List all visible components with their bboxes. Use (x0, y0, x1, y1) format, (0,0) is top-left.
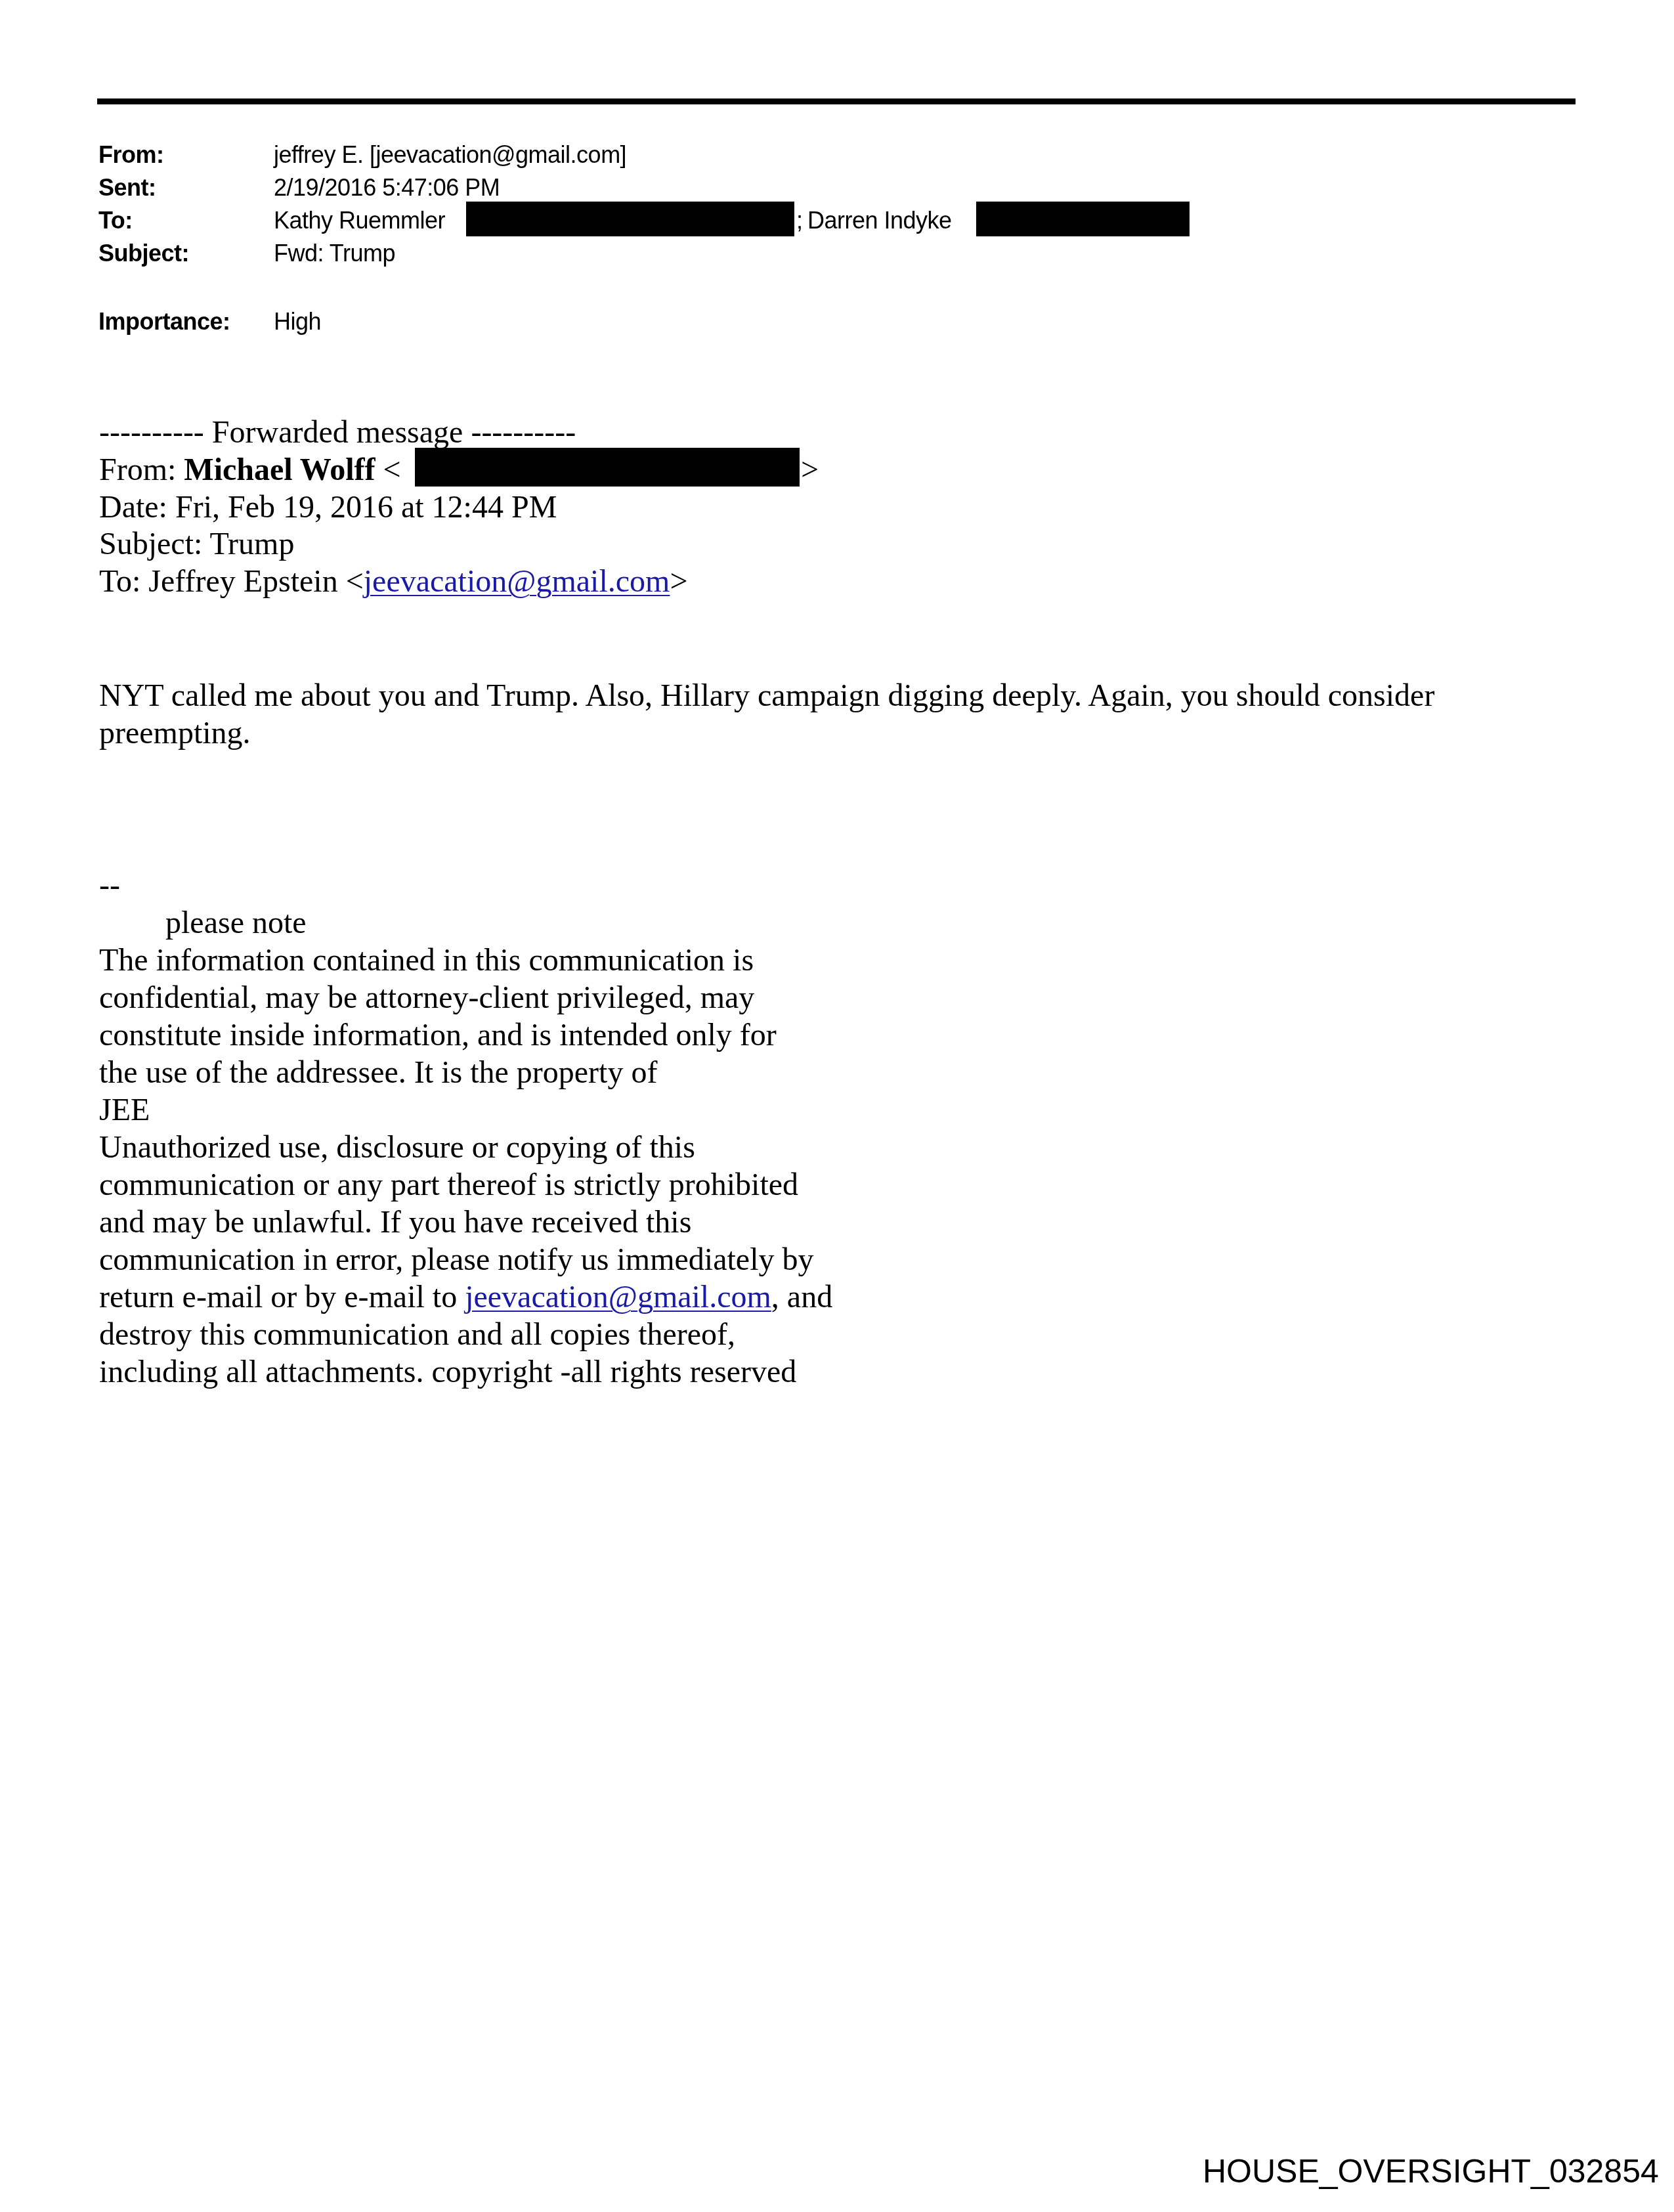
forwarded-from-close: > (801, 451, 819, 488)
body-line: NYT called me about you and Trump. Also,… (99, 677, 1434, 714)
disclaimer-return-prefix: return e-mail or by e-mail to (99, 1280, 465, 1314)
disclaimer-line: the use of the addressee. It is the prop… (99, 1054, 832, 1091)
disclaimer-line: communication in error, please notify us… (99, 1241, 832, 1278)
disclaimer-line: destroy this communication and all copie… (99, 1316, 832, 1353)
forwarded-date: Date: Fri, Feb 19, 2016 at 12:44 PM (99, 488, 557, 526)
signature-please-note: please note (165, 904, 307, 942)
header-from-label: From: (98, 143, 164, 167)
redaction-box-wolff-email (415, 448, 800, 487)
disclaimer-line: communication or any part thereof is str… (99, 1166, 832, 1204)
forwarded-to-line: To: Jeffrey Epstein <jeevacation@gmail.c… (99, 563, 688, 600)
header-to-separator: ; (796, 209, 803, 232)
forwarded-from-label: From: (99, 452, 184, 487)
header-to-recipient-1: Kathy Ruemmler (274, 209, 445, 232)
disclaimer: The information contained in this commun… (99, 942, 832, 1391)
redaction-box-indyke-email (976, 202, 1190, 236)
bates-number: HOUSE_OVERSIGHT_032854 (1203, 2155, 1659, 2188)
disclaimer-line: JEE (99, 1091, 832, 1129)
header-from-value: jeffrey E. [jeevacation@gmail.com] (274, 143, 626, 167)
forwarded-from-name: Michael Wolff (184, 452, 375, 487)
header-to-recipient-2: Darren Indyke (807, 209, 952, 232)
header-importance-label: Importance: (98, 310, 230, 334)
forwarded-to-email-link[interactable]: jeevacation@gmail.com (364, 564, 670, 599)
redaction-box-ruemmler-email (466, 202, 794, 236)
disclaimer-line: confidential, may be attorney-client pri… (99, 979, 832, 1016)
forwarded-divider: ---------- Forwarded message ---------- (99, 414, 576, 451)
disclaimer-line: The information contained in this commun… (99, 942, 832, 979)
forwarded-to-suffix: > (670, 564, 687, 599)
disclaimer-line: Unauthorized use, disclosure or copying … (99, 1129, 832, 1166)
disclaimer-line-with-link: return e-mail or by e-mail to jeevacatio… (99, 1278, 832, 1316)
top-rule (97, 98, 1576, 104)
disclaimer-line: and may be unlawful. If you have receive… (99, 1204, 832, 1241)
header-to-label: To: (98, 209, 133, 232)
header-sent-value: 2/19/2016 5:47:06 PM (274, 176, 500, 200)
header-sent-label: Sent: (98, 176, 156, 200)
message-body: NYT called me about you and Trump. Also,… (99, 677, 1434, 752)
disclaimer-line: including all attachments. copyright -al… (99, 1353, 832, 1391)
forwarded-from-line: From: Michael Wolff < (99, 451, 401, 488)
forwarded-to-prefix: To: Jeffrey Epstein < (99, 564, 364, 599)
header-subject-label: Subject: (98, 242, 189, 265)
forwarded-from-open: < (375, 452, 400, 487)
body-line: preempting. (99, 714, 1434, 752)
header-subject-value: Fwd: Trump (274, 242, 395, 265)
disclaimer-email-link[interactable]: jeevacation@gmail.com (465, 1280, 771, 1314)
signature-separator: -- (99, 867, 120, 904)
disclaimer-line: constitute inside information, and is in… (99, 1016, 832, 1054)
forwarded-subject: Subject: Trump (99, 525, 294, 563)
disclaimer-return-suffix: , and (771, 1280, 832, 1314)
header-importance-value: High (274, 310, 321, 334)
